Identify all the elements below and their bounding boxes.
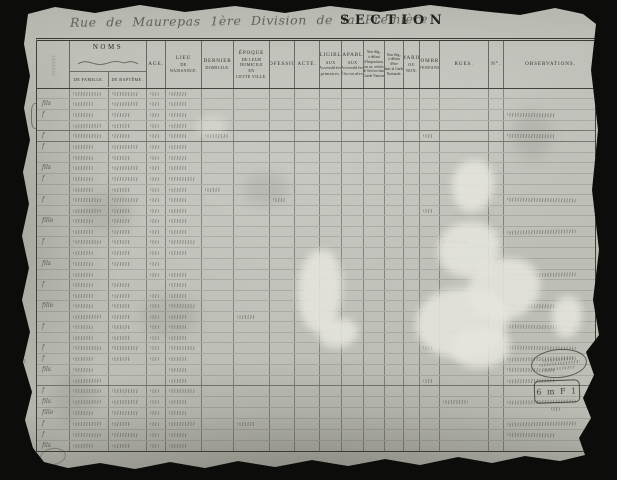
cell-elig1 (319, 153, 341, 162)
cell-prof (269, 322, 294, 332)
header-line: la Garde Nationale. (363, 74, 384, 79)
handwriting-mark (169, 188, 187, 192)
census-table: NOMSDE FAMILLE.DE BAPTÊME.AGE.LIEUDENAIS… (36, 38, 596, 452)
handwriting-mark (150, 102, 159, 106)
cell-acte (294, 333, 319, 342)
cell-bap (108, 110, 146, 120)
cell-bap (108, 216, 146, 226)
qualite-cell: fils (37, 365, 69, 375)
cell-acte (294, 408, 319, 418)
handwriting-mark (73, 261, 93, 265)
cell-marie (403, 430, 419, 440)
cell-non1 (363, 248, 384, 257)
table-row: f (37, 322, 595, 333)
column-header-rues: RUES. (439, 41, 488, 88)
cell-non1 (363, 270, 384, 279)
cell-rues (439, 386, 488, 396)
cell-age (146, 227, 165, 236)
handwriting-mark (150, 134, 159, 138)
cell-marie (403, 216, 419, 226)
cell-rues (439, 354, 488, 364)
cell-enfans (419, 343, 439, 353)
cell-fam (69, 343, 108, 353)
table-row (37, 185, 595, 195)
handwriting-mark (507, 198, 576, 203)
handwriting-mark (112, 240, 131, 244)
cell-elig2 (341, 301, 363, 311)
cell-dom (201, 195, 233, 205)
cell-bap (108, 142, 146, 152)
column-header-noms: NOMSDE FAMILLE.DE BAPTÊME. (69, 41, 146, 88)
handwriting-mark (112, 251, 131, 255)
handwriting-mark (73, 230, 93, 234)
cell-rues (439, 291, 488, 300)
cell-marie (403, 259, 419, 269)
cell-non2 (384, 248, 403, 257)
cell-bap (108, 291, 146, 300)
cell-lieu (165, 121, 201, 130)
cell-non1 (363, 441, 384, 451)
cell-lieu (165, 153, 201, 162)
handwriting-mark (237, 422, 255, 426)
qualite-cell: f (37, 174, 69, 184)
handwriting-mark (169, 282, 187, 286)
cell-elig2 (341, 99, 363, 109)
header-line: OBSERVATIONS. (525, 61, 576, 68)
cell-rues (439, 227, 488, 236)
cell-non2 (384, 110, 403, 120)
handwriting-mark (423, 209, 433, 213)
handwriting-mark (150, 124, 159, 128)
handwriting-mark (150, 177, 159, 181)
cell-enfans (419, 216, 439, 226)
cell-epoque (233, 131, 269, 141)
cell-non1 (363, 99, 384, 109)
cell-elig2 (341, 333, 363, 342)
cell-age (146, 121, 165, 130)
cell-obs (503, 227, 597, 236)
handwriting-mark (169, 124, 187, 128)
cell-elig1 (319, 142, 341, 152)
cell-acte (294, 280, 319, 290)
cell-non1 (363, 89, 384, 98)
handwriting-mark (73, 92, 101, 96)
qualite-handwriting: fils (37, 259, 69, 269)
cell-marie (403, 301, 419, 311)
qualite-cell (37, 270, 69, 279)
cell-elig1 (319, 248, 341, 257)
cell-dom (201, 408, 233, 418)
handwriting-mark (112, 336, 131, 340)
cell-elig2 (341, 291, 363, 300)
cell-lieu (165, 354, 201, 364)
cell-rues (439, 174, 488, 184)
cell-non1 (363, 163, 384, 173)
table-row: fille (37, 408, 595, 419)
qualite-handwriting: fils (37, 365, 69, 375)
cell-bap (108, 89, 146, 98)
cell-non1 (363, 312, 384, 321)
cell-marie (403, 354, 419, 364)
cell-non1 (363, 376, 384, 385)
handwriting-mark (11, 359, 27, 363)
cell-epoque (233, 163, 269, 173)
handwriting-mark (73, 124, 101, 129)
cell-elig2 (341, 280, 363, 290)
header-line: N°. (491, 61, 501, 68)
cell-elig2 (341, 206, 363, 215)
cell-acte (294, 131, 319, 141)
qualite-cell: f (37, 430, 69, 440)
cell-prof (269, 237, 294, 247)
cell-dom (201, 430, 233, 440)
cell-no (488, 419, 503, 429)
cell-epoque (233, 99, 269, 109)
cell-no (488, 89, 503, 98)
cell-age (146, 237, 165, 247)
cell-epoque (233, 237, 269, 247)
qualite-handwriting: fille (37, 408, 69, 418)
cell-rues (439, 163, 488, 173)
handwriting-mark (507, 113, 555, 118)
table-row (37, 312, 595, 322)
header-line: primaires. (321, 71, 341, 77)
cell-fam (69, 386, 108, 396)
handwriting-mark (150, 433, 159, 437)
cell-non1 (363, 430, 384, 440)
cell-bap (108, 365, 146, 375)
cell-prof (269, 333, 294, 342)
cell-lieu (165, 237, 201, 247)
cell-epoque (233, 270, 269, 279)
cell-acte (294, 174, 319, 184)
table-row: fils (37, 365, 595, 376)
cell-no (488, 163, 503, 173)
cell-enfans (419, 312, 439, 321)
cell-lieu (165, 163, 201, 173)
handwriting-mark (112, 346, 139, 350)
cell-enfans (419, 110, 439, 120)
cell-age (146, 89, 165, 98)
handwriting-mark (112, 230, 131, 234)
handwriting-mark (112, 219, 131, 223)
cell-non1 (363, 206, 384, 215)
handwriting-mark (112, 177, 139, 181)
qualite-cell: fils (37, 163, 69, 173)
handwriting-mark (73, 444, 93, 448)
cell-enfans (419, 195, 439, 205)
cell-epoque (233, 153, 269, 162)
table-row: f (37, 386, 595, 397)
cell-enfans (419, 270, 439, 279)
cell-non2 (384, 312, 403, 321)
cell-fam (69, 163, 108, 173)
cell-no (488, 237, 503, 247)
handwriting-mark (150, 304, 159, 308)
cell-no (488, 195, 503, 205)
cell-enfans (419, 376, 439, 385)
handwriting-mark (112, 411, 139, 415)
cell-non1 (363, 121, 384, 130)
cell-obs (503, 131, 597, 141)
cell-fam (69, 322, 108, 332)
cell-marie (403, 89, 419, 98)
table-row (37, 206, 595, 216)
cell-marie (403, 174, 419, 184)
header-line: DOMICILE. (205, 65, 229, 71)
cell-epoque (233, 397, 269, 407)
cell-fam (69, 99, 108, 109)
table-row: fils (37, 259, 595, 270)
cell-acte (294, 153, 319, 162)
cell-age (146, 408, 165, 418)
cell-non1 (363, 365, 384, 375)
handwriting-mark (112, 357, 131, 361)
handwriting-mark (112, 198, 139, 202)
cell-fam (69, 291, 108, 300)
cell-epoque (233, 110, 269, 120)
cell-rues (439, 121, 488, 130)
qualite-handwriting: f (37, 419, 69, 429)
cell-lieu (165, 365, 201, 375)
cell-obs (503, 237, 597, 247)
qualite-cell: f (37, 419, 69, 429)
cell-non2 (384, 195, 403, 205)
handwriting-mark (73, 251, 93, 255)
cell-elig2 (341, 110, 363, 120)
cell-elig1 (319, 163, 341, 173)
cell-fam (69, 227, 108, 236)
cell-non1 (363, 419, 384, 429)
cell-enfans (419, 163, 439, 173)
cell-enfans (419, 408, 439, 418)
cell-non2 (384, 386, 403, 396)
header-line: CAPABLE (341, 52, 363, 59)
cell-elig2 (341, 185, 363, 194)
cell-age (146, 259, 165, 269)
handwriting-mark (205, 134, 228, 138)
table-row (37, 227, 595, 237)
cell-elig1 (319, 333, 341, 342)
handwriting-mark (443, 240, 468, 244)
cell-rues (439, 376, 488, 385)
cell-bap (108, 259, 146, 269)
cell-obs (503, 259, 597, 269)
header-line: DERNIER (203, 58, 231, 65)
qualite-handwriting: f (37, 131, 69, 141)
handwriting-mark (112, 209, 131, 213)
cell-age (146, 322, 165, 332)
handwriting-mark (507, 324, 576, 329)
cell-dom (201, 280, 233, 290)
cell-bap (108, 354, 146, 364)
cell-non2 (384, 343, 403, 353)
cell-epoque (233, 408, 269, 418)
cell-prof (269, 441, 294, 451)
cell-prof (269, 248, 294, 257)
printed-section-title: SECTION (340, 13, 447, 28)
cell-lieu (165, 195, 201, 205)
cell-dom (201, 121, 233, 130)
cell-age (146, 333, 165, 342)
cell-obs (503, 333, 597, 342)
cell-acte (294, 322, 319, 332)
column-header-no: N°. (488, 41, 503, 88)
handwriting-mark (169, 230, 187, 234)
cell-lieu (165, 441, 201, 451)
cell-marie (403, 153, 419, 162)
handwriting-mark (169, 336, 187, 340)
handwriting-mark (112, 188, 131, 192)
handwriting-mark (73, 304, 93, 308)
handwriting-mark (73, 156, 93, 160)
cell-lieu (165, 185, 201, 194)
cell-acte (294, 312, 319, 321)
cell-prof (269, 153, 294, 162)
handwriting-mark (150, 444, 159, 448)
cell-marie (403, 397, 419, 407)
cell-rues (439, 206, 488, 215)
handwriting-mark (169, 156, 187, 160)
table-row: fille (37, 301, 595, 312)
handwriting-mark (73, 389, 101, 393)
margin-handwriting-lower (8, 356, 26, 363)
column-header-prof: PROFESSION. (269, 41, 294, 88)
cell-fam (69, 142, 108, 152)
handwriting-mark (169, 272, 187, 276)
handwriting-mark (73, 282, 93, 286)
cell-non2 (384, 121, 403, 130)
cell-non2 (384, 153, 403, 162)
cell-enfans (419, 206, 439, 215)
cell-non1 (363, 322, 384, 332)
handwriting-mark (169, 357, 187, 361)
handwriting-mark (112, 389, 139, 393)
cell-dom (201, 131, 233, 141)
cell-rues (439, 195, 488, 205)
cell-elig1 (319, 365, 341, 375)
handwriting-mark (507, 303, 555, 308)
cell-elig2 (341, 365, 363, 375)
cell-elig2 (341, 354, 363, 364)
cell-non2 (384, 441, 403, 451)
cell-no (488, 99, 503, 109)
handwriting-mark (112, 134, 131, 138)
cell-obs (503, 174, 597, 184)
cell-age (146, 301, 165, 311)
cell-elig1 (319, 227, 341, 236)
cell-rues (439, 419, 488, 429)
cell-rues (439, 237, 488, 247)
cell-fam (69, 333, 108, 342)
cell-prof (269, 110, 294, 120)
table-row: f (37, 237, 595, 248)
cell-dom (201, 206, 233, 215)
cell-marie (403, 206, 419, 215)
cell-enfans (419, 89, 439, 98)
cell-prof (269, 386, 294, 396)
cell-dom (201, 227, 233, 236)
cell-rues (439, 185, 488, 194)
handwriting-mark (150, 251, 159, 255)
cell-non1 (363, 185, 384, 194)
noms-subheader-bapteme: DE BAPTÊME. (108, 72, 147, 87)
cell-lieu (165, 89, 201, 98)
cell-marie (403, 408, 419, 418)
cell-acte (294, 419, 319, 429)
cell-lieu (165, 248, 201, 257)
cell-dom (201, 259, 233, 269)
cell-no (488, 110, 503, 120)
cell-prof (269, 142, 294, 152)
cell-rues (439, 259, 488, 269)
cell-prof (269, 430, 294, 440)
cell-acte (294, 441, 319, 451)
cell-prof (269, 376, 294, 385)
cell-elig2 (341, 131, 363, 141)
table-row (37, 291, 595, 301)
handwriting-mark (112, 304, 131, 308)
cell-acte (294, 121, 319, 130)
cell-fam (69, 365, 108, 375)
cell-elig1 (319, 397, 341, 407)
cell-lieu (165, 419, 201, 429)
cell-bap (108, 131, 146, 141)
cell-lieu (165, 397, 201, 407)
cell-obs (503, 441, 597, 451)
column-header-elig1: ÉLIGIBLEAUXAssembléesprimaires. (319, 41, 341, 88)
handwriting-mark (150, 145, 159, 149)
cell-rues (439, 248, 488, 257)
qualite-handwriting: f (37, 386, 69, 396)
cell-non1 (363, 131, 384, 141)
cell-dom (201, 441, 233, 451)
cell-elig2 (341, 121, 363, 130)
cell-rues (439, 280, 488, 290)
cell-enfans (419, 301, 439, 311)
cell-lieu (165, 376, 201, 385)
cell-non2 (384, 185, 403, 194)
cell-epoque (233, 121, 269, 130)
cell-enfans (419, 153, 439, 162)
cell-epoque (233, 142, 269, 152)
cell-age (146, 185, 165, 194)
handwriting-mark (112, 92, 139, 96)
cell-epoque (233, 291, 269, 300)
cell-marie (403, 270, 419, 279)
qualite-handwriting: f (37, 174, 69, 184)
cell-no (488, 365, 503, 375)
cell-epoque (233, 386, 269, 396)
cell-marie (403, 333, 419, 342)
header-line: D'ENFANS. (419, 65, 439, 71)
cell-enfans (419, 237, 439, 247)
handwriting-mark (150, 92, 159, 96)
cell-lieu (165, 216, 201, 226)
cell-no (488, 386, 503, 396)
qualite-cell: fils (37, 99, 69, 109)
cell-lieu (165, 408, 201, 418)
qualite-cell: fille (37, 301, 69, 311)
cell-elig2 (341, 259, 363, 269)
cell-elig1 (319, 291, 341, 300)
cell-non1 (363, 142, 384, 152)
handwriting-mark (73, 209, 101, 214)
cell-dom (201, 301, 233, 311)
handwriting-mark (112, 102, 139, 107)
qualite-handwriting: f (37, 430, 69, 440)
cell-no (488, 142, 503, 152)
